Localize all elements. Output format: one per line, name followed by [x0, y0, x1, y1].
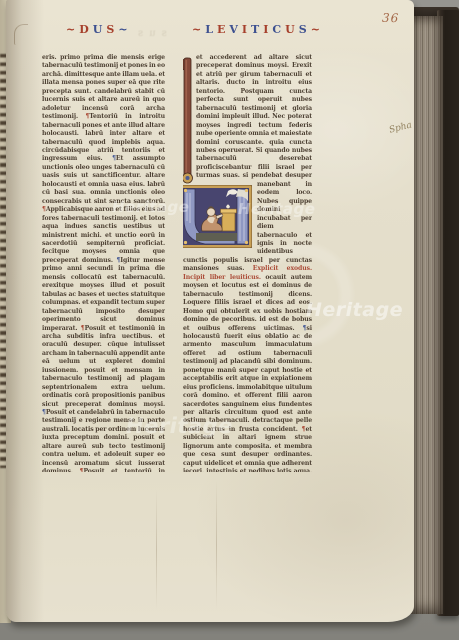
header-letter: D	[79, 23, 93, 36]
page-curl-mark	[14, 24, 28, 45]
header-letter: ~	[311, 23, 324, 36]
text-segment: Posuit et testimoniū in archa subditis i…	[42, 325, 165, 408]
folio-number: 36	[382, 11, 400, 26]
header-letter: ~	[192, 23, 205, 36]
text-segment: eris. primo prima die mensis erige taber…	[42, 54, 165, 120]
text-segment: ocauit autem moysen et locutus est ei do…	[183, 274, 312, 332]
text-segment: Et assumpto unctionis oleo unges taberna…	[42, 155, 165, 204]
header-letter: I	[242, 23, 251, 36]
header-letter: L	[205, 23, 217, 36]
historiated-initial-v	[183, 185, 252, 248]
running-header-left: ~DUS~	[66, 23, 132, 36]
manuscript-photo: ~DUS~ ~LEVITICUS~ sus 36 Spha eris. prim…	[0, 0, 459, 640]
parchment-crease	[216, 480, 217, 610]
text-column-right: et accederent ad altare sicut preceperat…	[183, 54, 312, 472]
show-through-ghost-text: sus	[132, 28, 167, 39]
header-letter: V	[229, 23, 242, 36]
marginal-annotation: Spha	[388, 120, 413, 135]
parchment-crease	[156, 490, 157, 610]
illuminated-initial-bar	[183, 56, 195, 190]
running-header-right: ~LEVITICUS~	[192, 23, 324, 36]
text-segment: Posuit et candelabrū in tabernaculo test…	[42, 409, 165, 472]
header-letter: ~	[118, 23, 131, 36]
header-letter: ~	[66, 23, 79, 36]
header-letter: C	[272, 23, 285, 36]
text-column-left: eris. primo prima die mensis erige taber…	[42, 54, 165, 472]
header-letter: E	[217, 23, 229, 36]
header-letter: U	[93, 23, 107, 36]
header-letter: T	[251, 23, 263, 36]
text-segment: Applicabisque aaron et filios eius ad fo…	[42, 206, 165, 264]
header-letter: U	[285, 23, 299, 36]
header-letter: S	[106, 23, 118, 36]
text-segment: si holocaustū fuerit eius oblatio ac de …	[183, 325, 312, 433]
header-letter: S	[299, 23, 311, 36]
header-letter: I	[263, 23, 272, 36]
text-segment: Igitur mense primo anni secundi in prima…	[42, 257, 165, 332]
parchment-page: ~DUS~ ~LEVITICUS~ sus 36 Spha eris. prim…	[6, 0, 414, 622]
